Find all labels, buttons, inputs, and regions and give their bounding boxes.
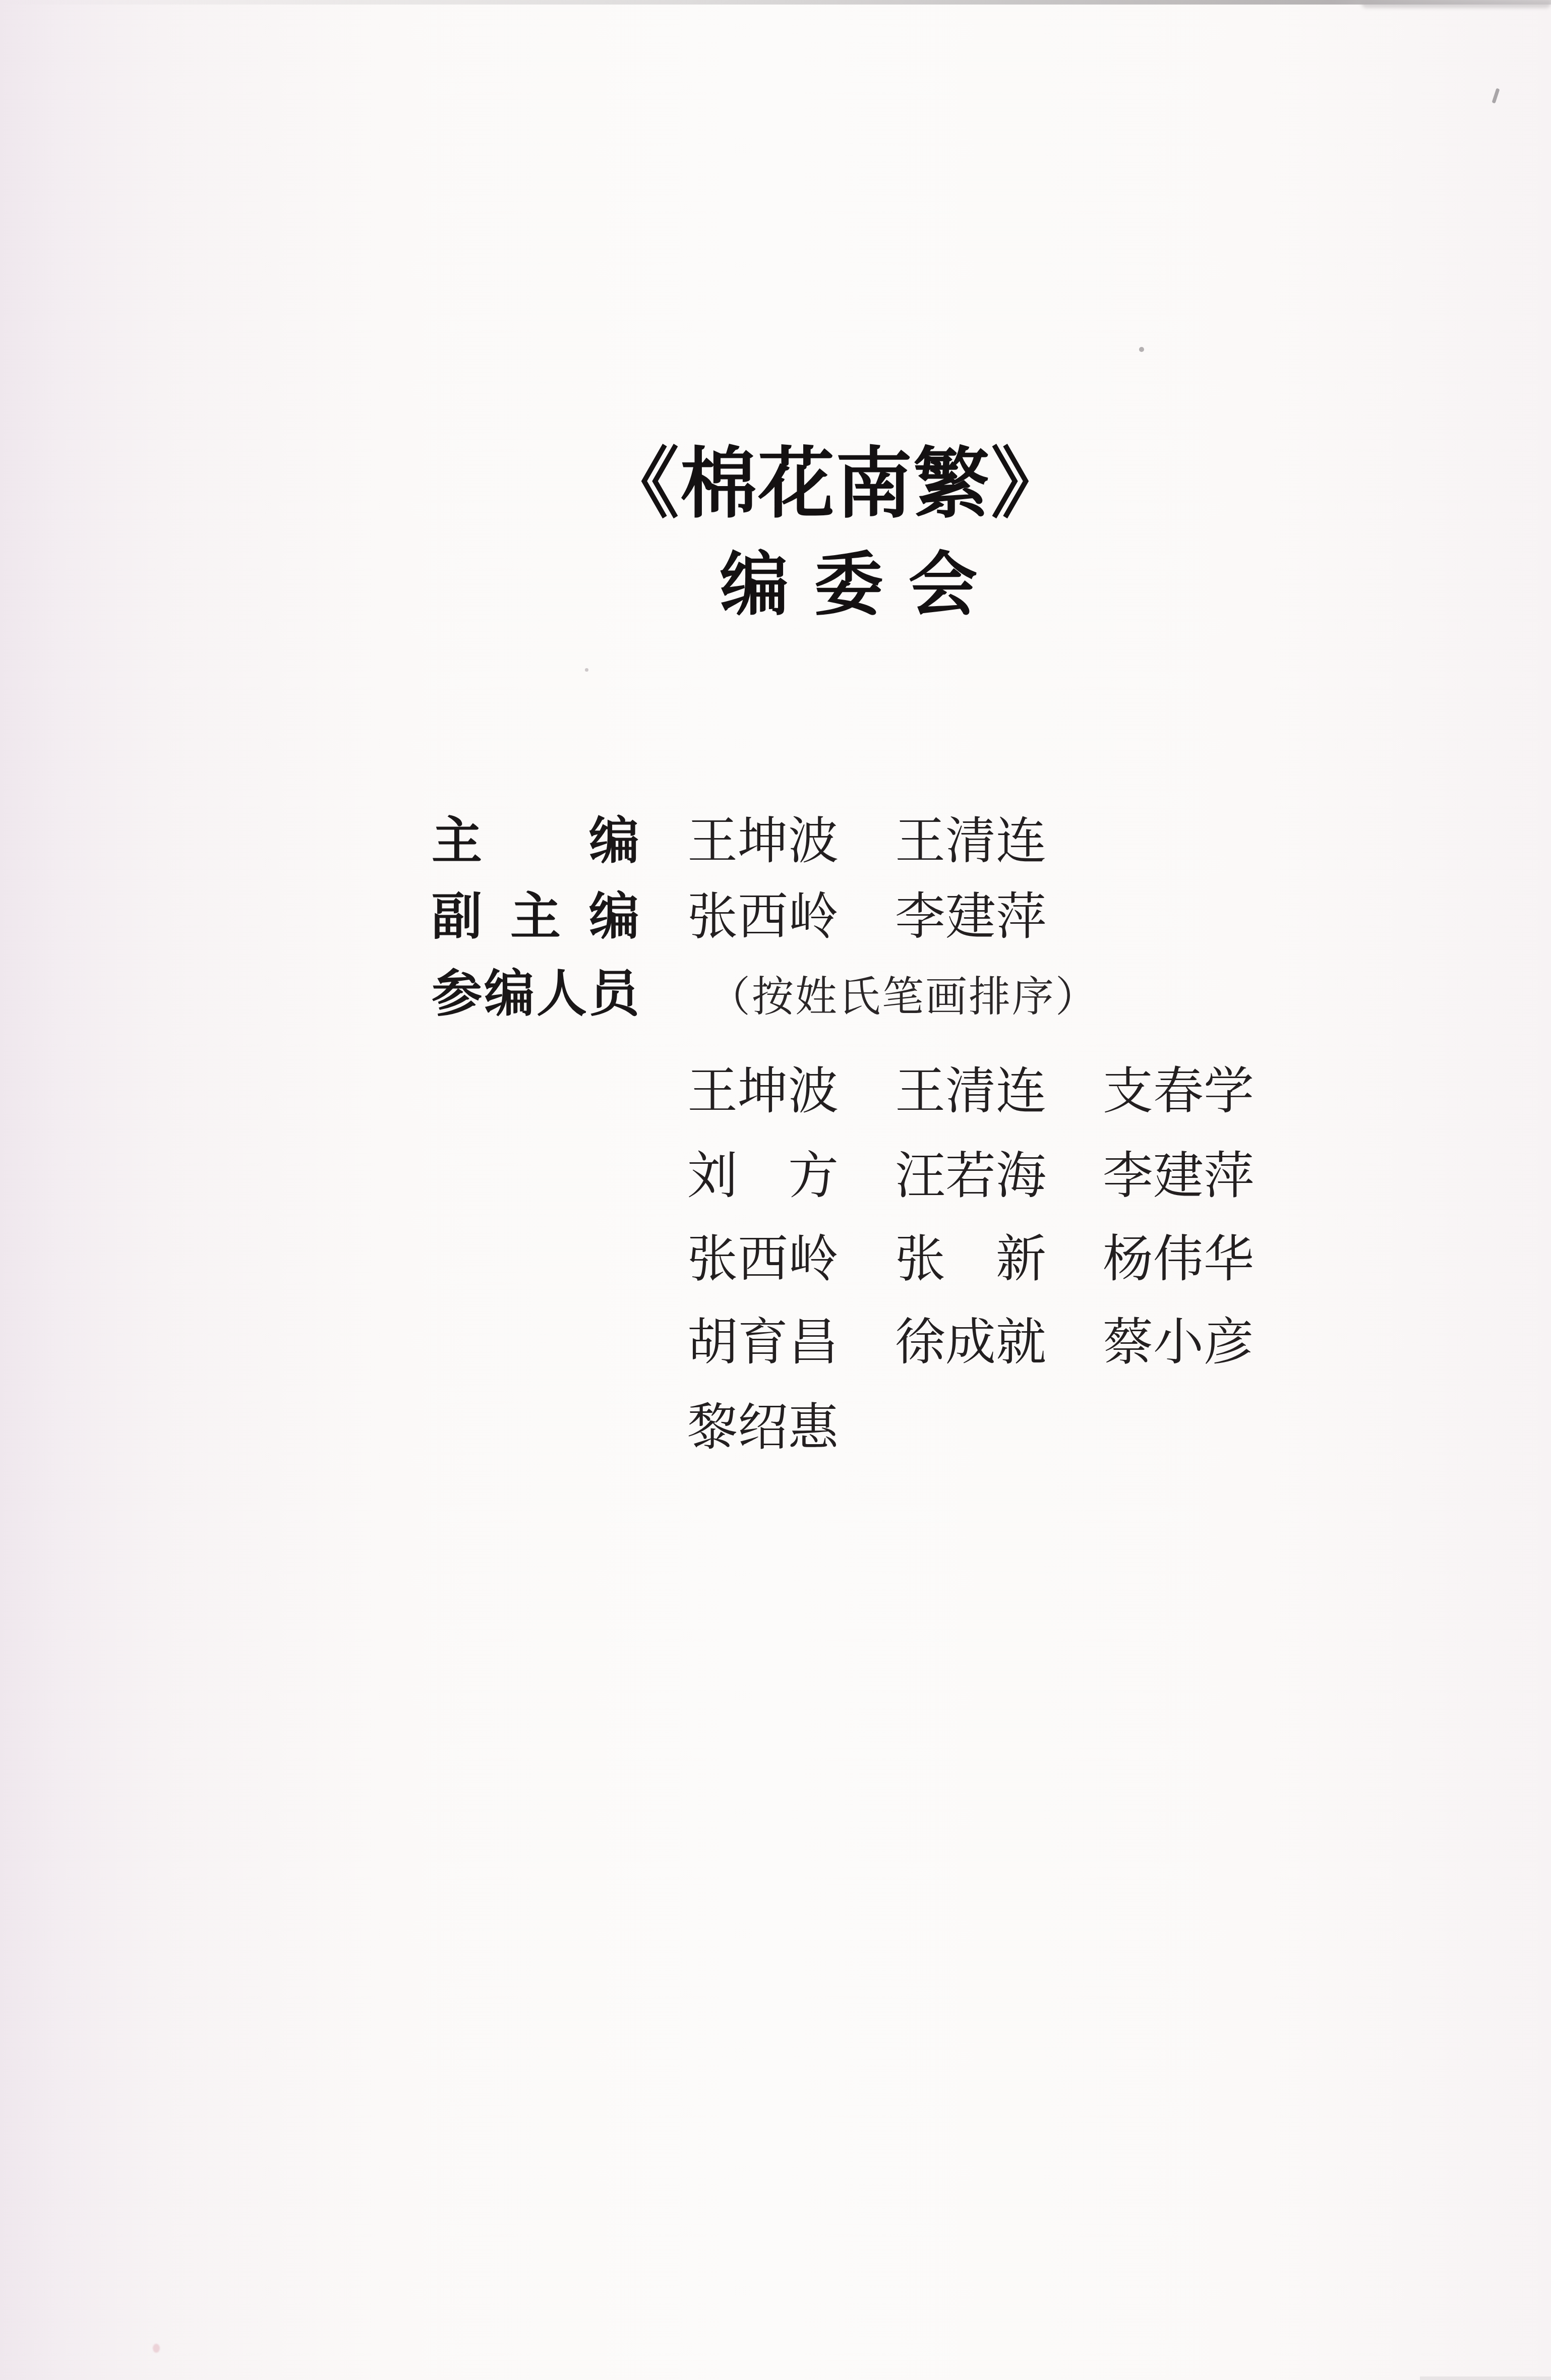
person-name: 汪若海 (895, 1151, 1046, 1202)
book-title: 《棉花南繁》 (603, 443, 1068, 527)
scan-corner-mark (1492, 88, 1500, 104)
scanned-book-page: { "document": { "title": { "line1": "《棉花… (0, 0, 1551, 2380)
person-name: 徐成就 (895, 1318, 1046, 1368)
members-row: 刘方 汪若海 李建萍 (687, 1151, 1254, 1202)
committee-heading-text: 编委会 (720, 547, 1002, 624)
chief-editor-row: 主编 王坤波 王清连 (432, 816, 1046, 867)
scan-bottom-edge (1420, 2376, 1551, 2380)
chief-editor-names: 王坤波 王清连 (687, 816, 1046, 867)
person-name: 刘方 (687, 1151, 839, 1202)
sort-order-note: （按姓氏笔画排序） (708, 972, 1099, 1022)
participants-row: 参编人员 （按姓氏笔画排序） (432, 969, 1099, 1022)
participants-label: 参编人员 (432, 969, 639, 1019)
deputy-editor-row: 副主编 张西岭 李建萍 (432, 891, 1046, 942)
members-row: 黎绍惠 (687, 1403, 1254, 1453)
members-row: 张西岭 张新 杨伟华 (687, 1234, 1254, 1285)
scan-top-edge (0, 0, 1551, 5)
deputy-editor-label: 副主编 (432, 891, 639, 942)
members-row: 胡育昌 徐成就 蔡小彦 (687, 1318, 1254, 1368)
person-name: 王清连 (895, 816, 1046, 867)
person-name: 张西岭 (687, 1234, 839, 1285)
person-name: 蔡小彦 (1103, 1318, 1254, 1368)
chief-editor-label: 主编 (432, 816, 639, 866)
deputy-editor-names: 张西岭 李建萍 (687, 892, 1046, 942)
person-name: 杨伟华 (1103, 1234, 1254, 1285)
person-name: 张新 (895, 1234, 1046, 1285)
scan-speck (585, 668, 588, 672)
person-name: 李建萍 (895, 892, 1046, 942)
person-name: 张西岭 (687, 892, 839, 942)
person-name: 王坤波 (687, 1066, 839, 1117)
person-name: 胡育昌 (687, 1318, 839, 1368)
members-row: 王坤波 王清连 支春学 (687, 1066, 1254, 1117)
person-name: 李建萍 (1103, 1151, 1254, 1202)
person-name: 黎绍惠 (687, 1403, 839, 1453)
person-name: 王清连 (895, 1066, 1046, 1117)
person-name (895, 1403, 1046, 1453)
person-name: 王坤波 (687, 816, 839, 867)
person-name (1103, 1403, 1254, 1453)
committee-heading: 编委会 (720, 548, 977, 624)
person-name: 支春学 (1103, 1066, 1254, 1117)
scan-speck (153, 2344, 160, 2353)
scan-top-edge-shadow (1361, 0, 1551, 8)
scan-speck (1139, 347, 1144, 352)
